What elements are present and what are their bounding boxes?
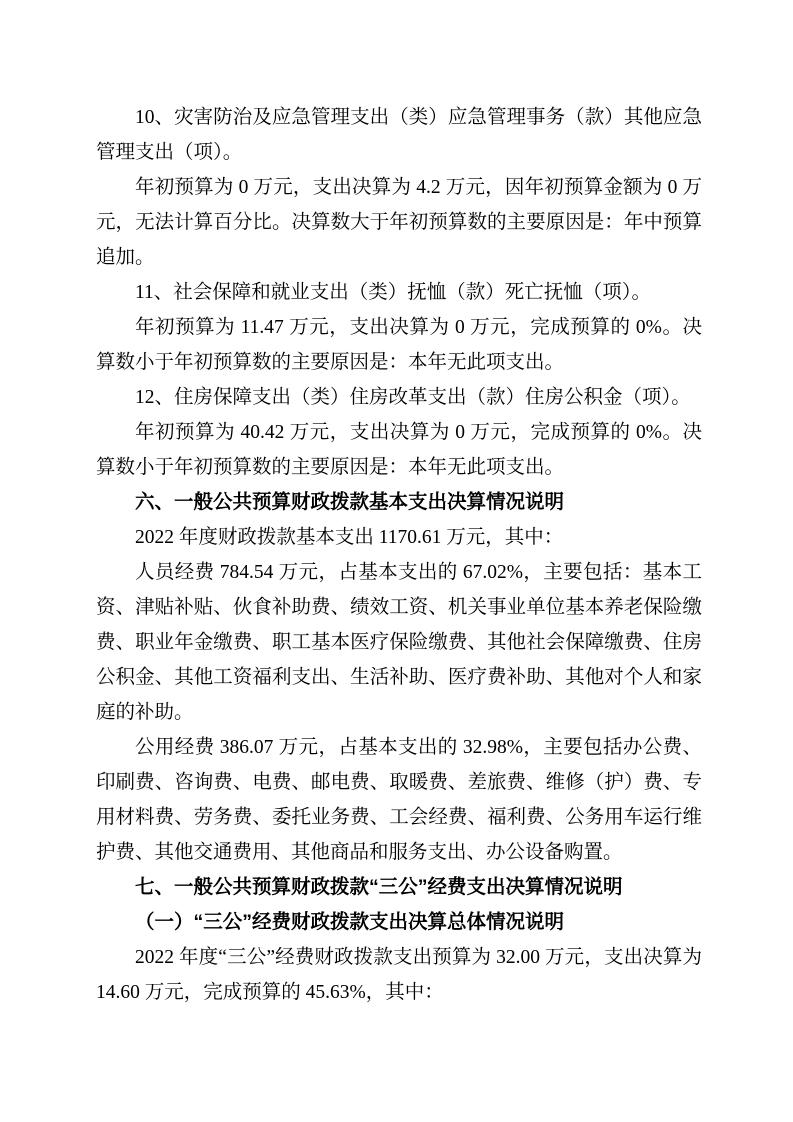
paragraph-item-10: 10、灾害防治及应急管理支出（类）应急管理事务（款）其他应急管理支出（项）。 — [96, 100, 702, 170]
section-heading-seven: 七、一般公共预算财政拨款“三公”经费支出决算情况说明 — [96, 870, 702, 905]
section-heading-six: 六、一般公共预算财政拨款基本支出决算情况说明 — [96, 485, 702, 520]
paragraph-item-10-detail: 年初预算为 0 万元，支出决算为 4.2 万元，因年初预算金额为 0 万元，无法… — [96, 170, 702, 275]
paragraph-item-11: 11、社会保障和就业支出（类）抚恤（款）死亡抚恤（项）。 — [96, 275, 702, 310]
paragraph-three-public-summary: 2022 年度“三公”经费财政拨款支出预算为 32.00 万元，支出决算为 14… — [96, 940, 702, 1010]
paragraph-item-11-detail: 年初预算为 11.47 万元，支出决算为 0 万元，完成预算的 0%。决算数小于… — [96, 310, 702, 380]
paragraph-public-funds: 公用经费 386.07 万元，占基本支出的 32.98%，主要包括办公费、印刷费… — [96, 730, 702, 870]
paragraph-personnel-funds: 人员经费 784.54 万元，占基本支出的 67.02%，主要包括：基本工资、津… — [96, 555, 702, 730]
document-body: 10、灾害防治及应急管理支出（类）应急管理事务（款）其他应急管理支出（项）。 年… — [96, 100, 702, 1010]
subsection-heading-one: （一）“三公”经费财政拨款支出决算总体情况说明 — [96, 905, 702, 940]
paragraph-item-12-detail: 年初预算为 40.42 万元，支出决算为 0 万元，完成预算的 0%。决算数小于… — [96, 415, 702, 485]
document-page: 10、灾害防治及应急管理支出（类）应急管理事务（款）其他应急管理支出（项）。 年… — [0, 0, 793, 1122]
paragraph-item-12: 12、住房保障支出（类）住房改革支出（款）住房公积金（项）。 — [96, 380, 702, 415]
paragraph-basic-expenditure-total: 2022 年度财政拨款基本支出 1170.61 万元，其中： — [96, 520, 702, 555]
